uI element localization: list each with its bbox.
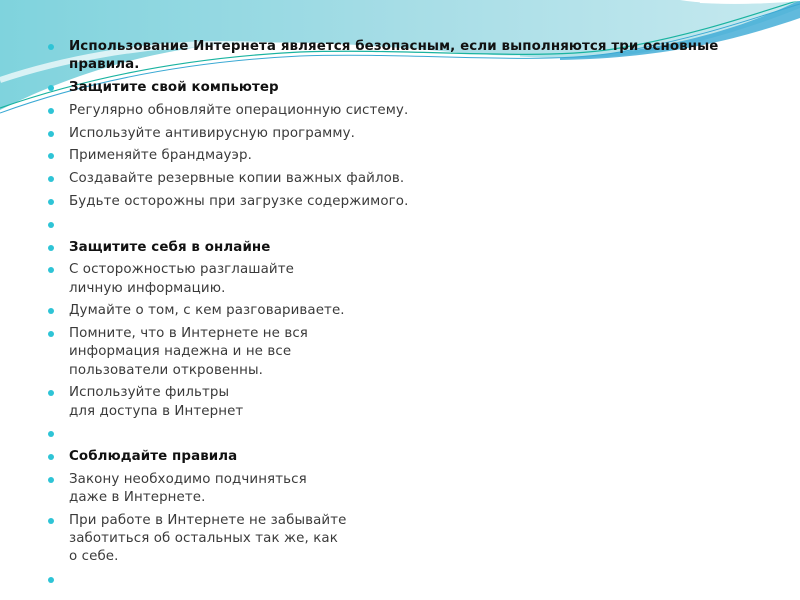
bullet-text: Думайте о том, с кем разговариваете. bbox=[69, 303, 345, 318]
bullet-text: С осторожностью разглашайте личную инфор… bbox=[69, 262, 294, 295]
bullet-item: Применяйте брандмауэр. bbox=[48, 147, 748, 165]
bullet-dot-icon bbox=[48, 267, 54, 273]
bullet-item: Защитите свой компьютер bbox=[48, 79, 748, 97]
bullet-text: Применяйте брандмауэр. bbox=[69, 148, 252, 163]
bullet-dot-icon bbox=[48, 222, 54, 228]
bullet-item: Создавайте резервные копии важных файлов… bbox=[48, 170, 748, 188]
bullet-dot-icon bbox=[48, 331, 54, 337]
bullet-item: Помните, что в Интернете не вся информац… bbox=[48, 325, 748, 380]
bullet-list: Использование Интернета является безопас… bbox=[48, 38, 748, 594]
bullet-text: При работе в Интернете не забывайте забо… bbox=[69, 513, 346, 564]
bullet-dot-icon bbox=[48, 308, 54, 314]
bullet-dot-icon bbox=[48, 477, 54, 483]
bullet-item bbox=[48, 571, 748, 589]
bullet-item bbox=[48, 216, 748, 234]
bullet-dot-icon bbox=[48, 245, 54, 251]
bullet-text: Создавайте резервные копии важных файлов… bbox=[69, 171, 404, 186]
bullet-item: Соблюдайте правила bbox=[48, 448, 748, 466]
bullet-dot-icon bbox=[48, 199, 54, 205]
bullet-dot-icon bbox=[48, 85, 54, 91]
bullet-item bbox=[48, 425, 748, 443]
bullet-item: Думайте о том, с кем разговариваете. bbox=[48, 302, 748, 320]
bullet-text: Используйте фильтры для доступа в Интерн… bbox=[69, 385, 243, 418]
bullet-item: Использование Интернета является безопас… bbox=[48, 38, 748, 74]
bullet-text: Использование Интернета является безопас… bbox=[69, 39, 718, 72]
bullet-text: Используйте антивирусную программу. bbox=[69, 126, 355, 141]
bullet-item: Закону необходимо подчиняться даже в Инт… bbox=[48, 471, 748, 507]
bullet-dot-icon bbox=[48, 518, 54, 524]
bullet-dot-icon bbox=[48, 131, 54, 137]
bullet-item: Регулярно обновляйте операционную систем… bbox=[48, 102, 748, 120]
bullet-dot-icon bbox=[48, 390, 54, 396]
bullet-text: Закону необходимо подчиняться даже в Инт… bbox=[69, 472, 307, 505]
bullet-item: При работе в Интернете не забывайте забо… bbox=[48, 512, 748, 567]
bullet-dot-icon bbox=[48, 431, 54, 437]
bullet-item: Используйте фильтры для доступа в Интерн… bbox=[48, 384, 748, 420]
bullet-text: Защитите свой компьютер bbox=[69, 80, 279, 95]
bullet-text: Будьте осторожны при загрузке содержимог… bbox=[69, 194, 408, 209]
bullet-dot-icon bbox=[48, 454, 54, 460]
bullet-text: Помните, что в Интернете не вся информац… bbox=[69, 326, 308, 377]
bullet-dot-icon bbox=[48, 108, 54, 114]
bullet-text: Защитите себя в онлайне bbox=[69, 240, 270, 255]
bullet-item: Используйте антивирусную программу. bbox=[48, 125, 748, 143]
bullet-item: С осторожностью разглашайте личную инфор… bbox=[48, 261, 748, 297]
bullet-dot-icon bbox=[48, 44, 54, 50]
bullet-item: Защитите себя в онлайне bbox=[48, 239, 748, 257]
bullet-dot-icon bbox=[48, 577, 54, 583]
slide-content: Использование Интернета является безопас… bbox=[0, 0, 800, 600]
bullet-item: Будьте осторожны при загрузке содержимог… bbox=[48, 193, 748, 211]
bullet-dot-icon bbox=[48, 176, 54, 182]
bullet-text: Соблюдайте правила bbox=[69, 449, 237, 464]
bullet-text: Регулярно обновляйте операционную систем… bbox=[69, 103, 408, 118]
bullet-dot-icon bbox=[48, 153, 54, 159]
